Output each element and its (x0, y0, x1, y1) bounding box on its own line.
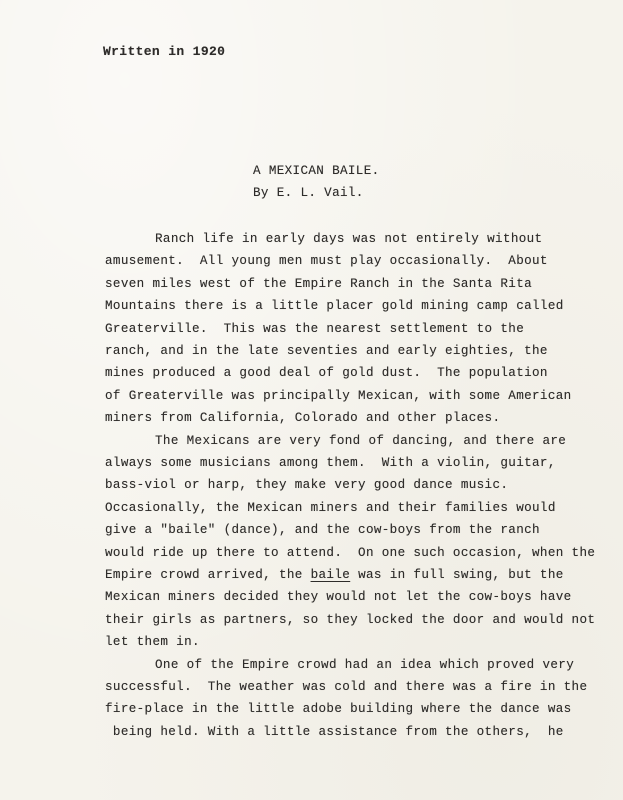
text-line: seven miles west of the Empire Ranch in … (105, 276, 532, 292)
text-line: The Mexicans are very fond of dancing, a… (155, 433, 566, 449)
text-line: miners from California, Colorado and oth… (105, 410, 500, 426)
text-line: Mexican miners decided they would not le… (105, 589, 572, 605)
text-line: give a "baile" (dance), and the cow-boys… (105, 522, 540, 538)
typewritten-page: Written in 1920 A MEXICAN BAILE. By E. L… (0, 0, 623, 800)
text-line: bass-viol or harp, they make very good d… (105, 477, 508, 493)
text-line: Occasionally, the Mexican miners and the… (105, 500, 556, 516)
text-line: mines produced a good deal of gold dust.… (105, 365, 548, 381)
text-line: always some musicians among them. With a… (105, 455, 556, 471)
text-line: amusement. All young men must play occas… (105, 253, 548, 269)
text-line: of Greaterville was principally Mexican,… (105, 388, 572, 404)
text-line: One of the Empire crowd had an idea whic… (155, 657, 574, 673)
text-line: fire-place in the little adobe building … (105, 701, 572, 717)
author-byline: By E. L. Vail. (253, 185, 364, 201)
date-note: Written in 1920 (103, 44, 225, 60)
text-line: their girls as partners, so they locked … (105, 612, 595, 628)
text-line: Empire crowd arrived, the baile was in f… (105, 567, 564, 583)
text-line: Mountains there is a little placer gold … (105, 298, 564, 314)
text-line: let them in. (105, 634, 200, 650)
underlined-word: baile (311, 568, 351, 582)
text-line: Ranch life in early days was not entirel… (155, 231, 542, 247)
text-line: would ride up there to attend. On one su… (105, 545, 595, 561)
text-line: being held. With a little assistance fro… (105, 724, 564, 740)
text-line: successful. The weather was cold and the… (105, 679, 587, 695)
text-line: Greaterville. This was the nearest settl… (105, 321, 524, 337)
document-title: A MEXICAN BAILE. (253, 163, 380, 179)
text-line: ranch, and in the late seventies and ear… (105, 343, 548, 359)
